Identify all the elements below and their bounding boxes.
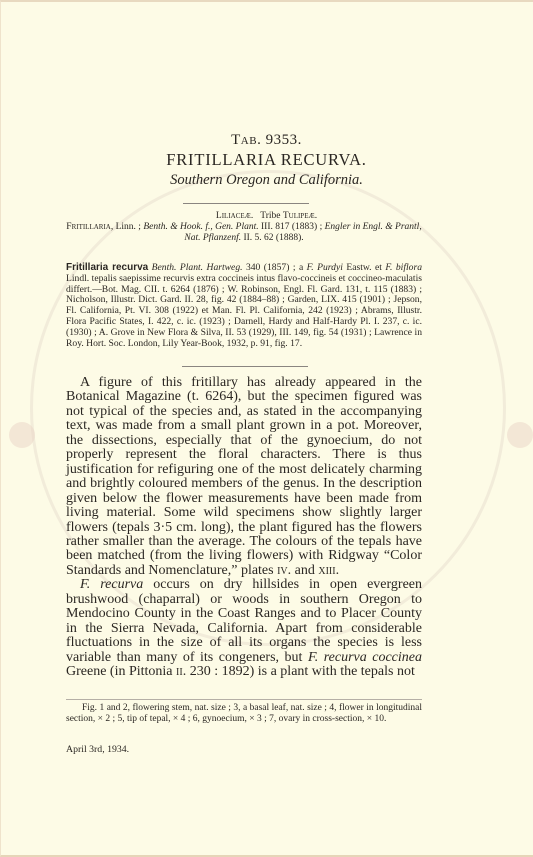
divider-middle [182, 366, 308, 367]
species-ref-text: 340 (1857) ; a [243, 262, 307, 273]
genus-ref-1: Benth. & Hook. f., Gen. Plant. [143, 222, 258, 232]
plate-number-2: xiii. [318, 563, 339, 578]
watermark-dot-left [9, 422, 35, 448]
divider-top [183, 203, 309, 204]
species-italic: F. recurva [80, 577, 143, 592]
page-title: FRITILLARIA RECURVA. [0, 150, 533, 170]
compared-species-2: F. biflora [385, 262, 422, 273]
paragraph-2-text-b: Greene (in Pittonia [66, 664, 176, 679]
tribe-prefix: Tribe [260, 211, 280, 221]
publication-date: April 3rd, 1934. [66, 744, 129, 755]
variety-italic: F. recurva coccinea [308, 650, 422, 665]
species-ref-citations: Lindl. tepalis saepissime recurvis extra… [66, 273, 422, 349]
genus-name: Fritillaria [66, 222, 111, 232]
plate-number-1: iv. [277, 563, 291, 578]
paragraph-1-text: A figure of this fritillary has already … [66, 375, 422, 578]
tribe-name: Tulipeæ. [283, 211, 317, 221]
genus-reference: Fritillaria, Linn. ; Benth. & Hook. f., … [66, 222, 422, 244]
plate-conj: and [291, 563, 318, 578]
compared-species-1: F. Purdyi [307, 262, 343, 273]
classification-line: Liliaceæ. Tribe Tulipeæ. [0, 211, 533, 221]
species-reference: Fritillaria recurva Benth. Plant. Hartwe… [66, 263, 422, 349]
species-ref-text: Eastw. et [343, 262, 386, 273]
genus-ref-2-tail: II. 5. 62 (1888). [241, 233, 304, 243]
body-text: A figure of this fritillary has already … [66, 376, 422, 680]
species-name: Fritillaria recurva [66, 262, 148, 273]
paragraph-1: A figure of this fritillary has already … [66, 376, 422, 578]
paragraph-2: F. recurva occurs on dry hillsides in op… [66, 578, 422, 679]
species-authority-ref: Benth. Plant. Hartweg. [152, 262, 243, 273]
watermark-dot-right [507, 422, 533, 448]
figure-caption: Fig. 1 and 2, flowering stem, nat. size … [66, 703, 422, 725]
family-name: Liliaceæ. [216, 211, 253, 221]
genus-authority: , Linn. ; [111, 222, 143, 232]
page-subtitle: Southern Oregon and California. [0, 172, 533, 189]
genus-ref-1-tail: III. 817 (1883) ; [259, 222, 325, 232]
footnote-divider [66, 699, 422, 700]
volume-number: ii. [176, 664, 186, 679]
paragraph-2-text-c: 230 : 1892) is a plant with the tepals n… [186, 664, 415, 679]
tab-number: Tab. 9353. [0, 132, 533, 149]
